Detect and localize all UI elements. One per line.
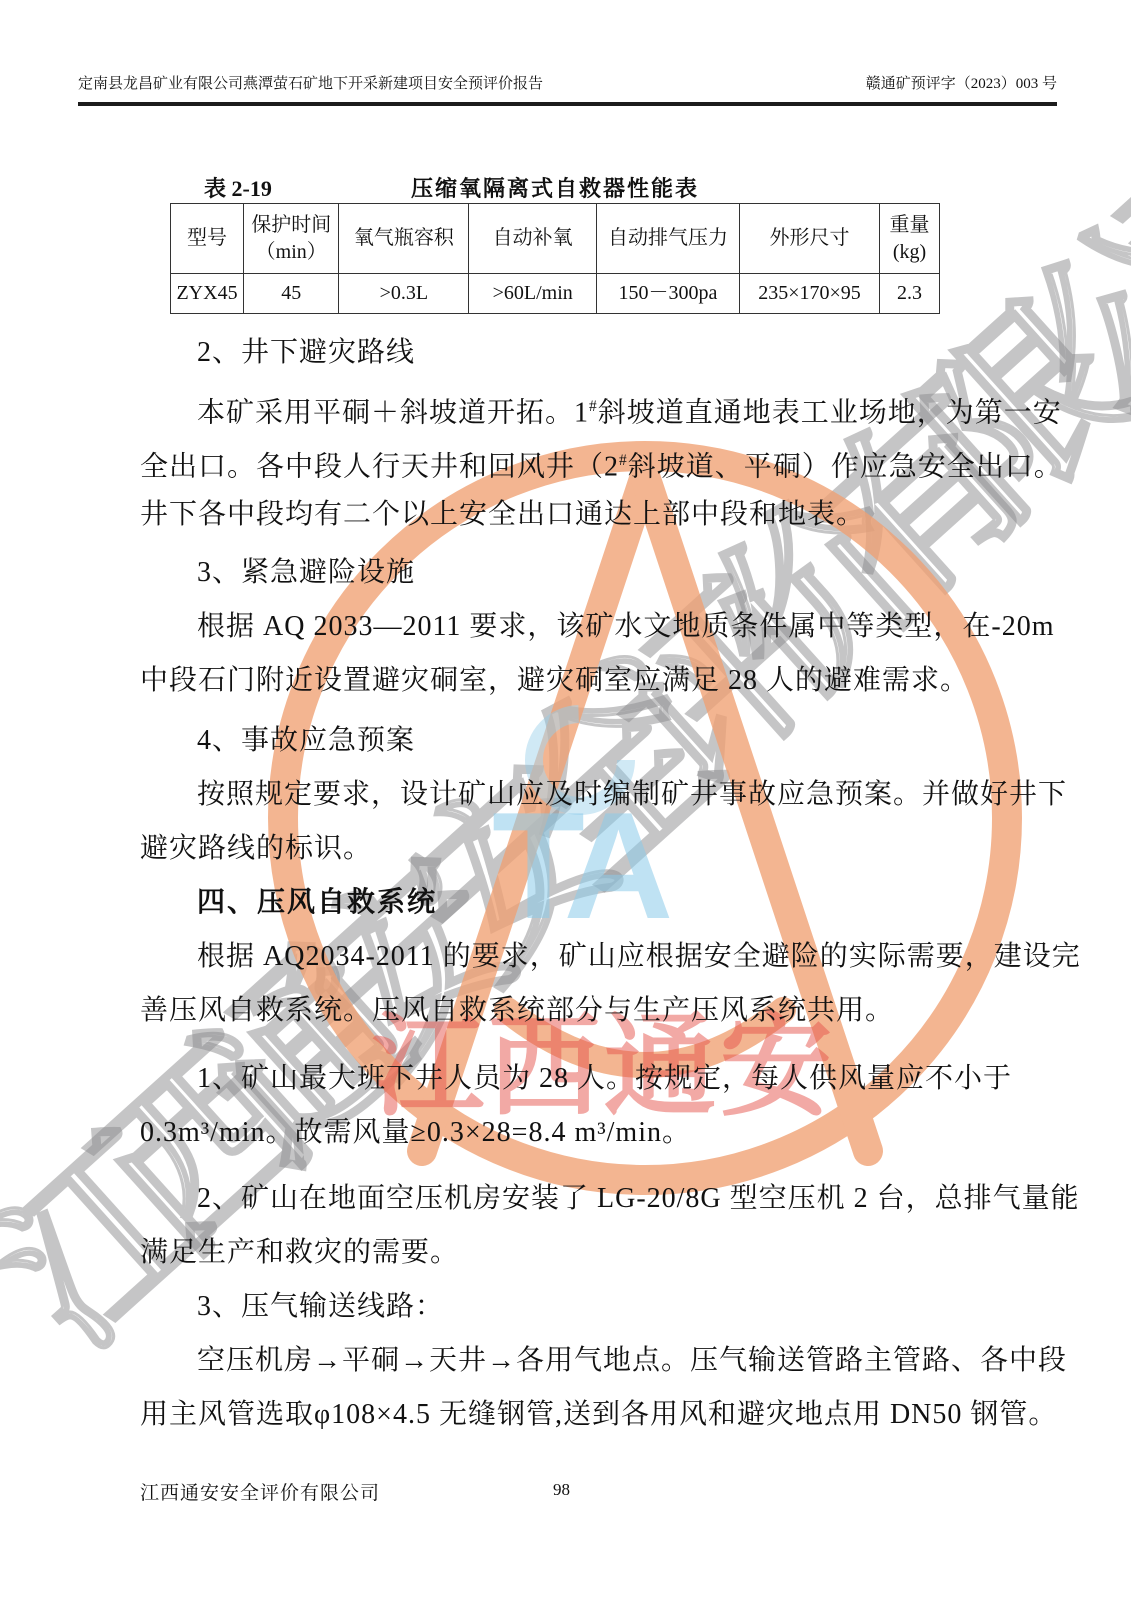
column-header: 型号 [171, 204, 244, 274]
table-cell: 2.3 [879, 274, 939, 314]
column-header: 外形尺寸 [740, 204, 880, 274]
table-cell: >0.3L [339, 274, 469, 314]
page-footer: 江西通安安全评价有限公司 98 [0, 1478, 1131, 1508]
document-content: 定南县龙昌矿业有限公司燕潭萤石矿地下开采新建项目安全预评价报告 赣通矿预评字（2… [0, 0, 1131, 1600]
body-line: 用主风管选取φ108×4.5 无缝钢管,送到各用风和避灾地点用 DN50 钢管。 [140, 1388, 1012, 1442]
table-cell: 45 [244, 274, 339, 314]
table-header-row: 型号保护时间（min）氧气瓶容积自动补氧自动排气压力外形尺寸重量(kg) [171, 204, 940, 274]
table-caption: 表 2-19 压缩氧隔离式自救器性能表 [170, 172, 940, 200]
page-header: 定南县龙昌矿业有限公司燕潭萤石矿地下开采新建项目安全预评价报告 赣通矿预评字（2… [78, 72, 1057, 106]
body-line: 按照规定要求，设计矿山应及时编制矿井事故应急预案。并做好井下 [140, 768, 1012, 822]
table-cell: >60L/min [469, 274, 597, 314]
header-left-title: 定南县龙昌矿业有限公司燕潭萤石矿地下开采新建项目安全预评价报告 [78, 72, 543, 93]
column-header: 保护时间（min） [244, 204, 339, 274]
body-line: 3、紧急避险设施 [140, 546, 1012, 600]
footer-page-number: 98 [553, 1480, 570, 1500]
report-page: { "header": { "left_title": "定南县龙昌矿业有限公司… [0, 0, 1131, 1600]
body-line: 本矿采用平硐＋斜坡道开拓。1#斜坡道直通地表工业场地，为第一安 [140, 380, 1012, 434]
body-line: 避灾路线的标识。 [140, 822, 1012, 876]
header-right-ref: 赣通矿预评字（2023）003 号 [866, 72, 1057, 93]
body-line: 0.3m³/min。故需风量≥0.3×28=8.4 m³/min。 [140, 1106, 1012, 1160]
body-line: 井下各中段均有二个以上安全出口通达上部中段和地表。 [140, 488, 1012, 542]
table-body: ZYX4545>0.3L>60L/min150－300pa235×170×952… [171, 274, 940, 314]
body-line: 2、井下避灾路线 [140, 326, 1012, 380]
footer-company: 江西通安安全评价有限公司 [140, 1478, 380, 1505]
body-line: 善压风自救系统。压风自救系统部分与生产压风系统共用。 [140, 984, 1012, 1038]
body-text: 2、井下避灾路线本矿采用平硐＋斜坡道开拓。1#斜坡道直通地表工业场地，为第一安全… [140, 326, 1012, 1442]
table-cell: ZYX45 [171, 274, 244, 314]
table-row: ZYX4545>0.3L>60L/min150－300pa235×170×952… [171, 274, 940, 314]
body-line: 1、矿山最大班下井人员为 28 人。按规定，每人供风量应不小于 [140, 1052, 1012, 1106]
body-line: 根据 AQ2034-2011 的要求，矿山应根据安全避险的实际需要，建设完 [140, 930, 1012, 984]
table-cell: 150－300pa [596, 274, 739, 314]
column-header: 氧气瓶容积 [339, 204, 469, 274]
body-line: 2、矿山在地面空压机房安装了 LG-20/8G 型空压机 2 台，总排气量能 [140, 1172, 1012, 1226]
self-rescuer-spec-table: 型号保护时间（min）氧气瓶容积自动补氧自动排气压力外形尺寸重量(kg) ZYX… [170, 203, 940, 314]
body-line: 3、压气输送线路： [140, 1280, 1012, 1334]
table-caption-title: 压缩氧隔离式自救器性能表 [170, 172, 940, 203]
body-line: 根据 AQ 2033—2011 要求，该矿水文地质条件属中等类型，在-20m [140, 600, 1012, 654]
body-line: 全出口。各中段人行天井和回风井（2#斜坡道、平硐）作应急安全出口。 [140, 434, 1012, 488]
column-header: 自动补氧 [469, 204, 597, 274]
table-cell: 235×170×95 [740, 274, 880, 314]
body-line: 满足生产和救灾的需要。 [140, 1226, 1012, 1280]
body-line: 四、压风自救系统 [140, 876, 1012, 930]
body-line: 中段石门附近设置避灾硐室，避灾硐室应满足 28 人的避难需求。 [140, 654, 1012, 708]
body-line: 4、事故应急预案 [140, 714, 1012, 768]
column-header: 重量(kg) [879, 204, 939, 274]
body-line: 空压机房→平硐→天井→各用气地点。压气输送管路主管路、各中段 [140, 1334, 1012, 1388]
column-header: 自动排气压力 [596, 204, 739, 274]
